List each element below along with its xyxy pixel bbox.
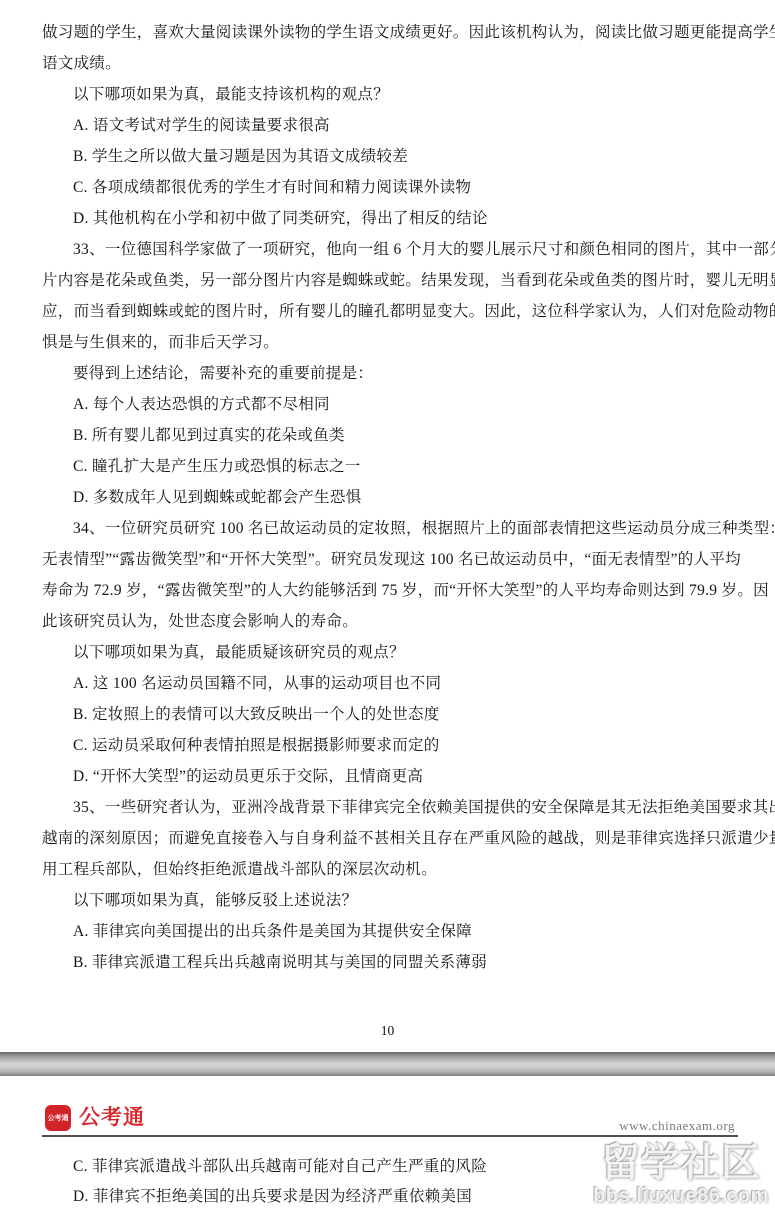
q32-paragraph-line: 做习题的学生，喜欢大量阅读课外读物的学生语文成绩更好。因此该机构认为，阅读比做习… xyxy=(42,17,733,48)
q33-paragraph-line: 惧是与生俱来的，而非后天学习。 xyxy=(42,327,733,358)
q35-option-c: C. 菲律宾派遣战斗部队出兵越南可能对自己产生严重的风险 xyxy=(42,1152,733,1182)
q32-stem: 以下哪项如果为真，最能支持该机构的观点？ xyxy=(42,79,733,110)
q33-paragraph-line: 33、一位德国科学家做了一项研究，他向一组 6 个月大的婴儿展示尺寸和颜色相同的… xyxy=(42,234,733,265)
gongkaotong-logo-wordmark: 公考通 xyxy=(79,1105,145,1131)
q34-option-a: A. 这 100 名运动员国籍不同，从事的运动项目也不同 xyxy=(42,668,733,699)
q35-stem: 以下哪项如果为真，能够反驳上述说法？ xyxy=(42,885,733,916)
q34-option-d: D. “开怀大笑型”的运动员更乐于交际，且情商更高 xyxy=(42,761,733,792)
q34-option-c: C. 运动员采取何种表情拍照是根据摄影师要求而定的 xyxy=(42,730,733,761)
q33-option-a: A. 每个人表达恐惧的方式都不尽相同 xyxy=(42,389,733,420)
page-break-separator xyxy=(0,1052,775,1076)
q32-paragraph-line: 语文成绩。 xyxy=(42,48,733,79)
q33-paragraph-line: 应，而当看到蜘蛛或蛇的图片时，所有婴儿的瞳孔都明显变大。因此，这位科学家认为，人… xyxy=(42,296,733,327)
gongkaotong-logo-icon: 公考通 xyxy=(45,1105,71,1131)
q33-option-c: C. 瞳孔扩大是产生压力或恐惧的标志之一 xyxy=(42,451,733,482)
q34-paragraph-line: 无表情型”“露齿微笑型”和“开怀大笑型”。研究员发现这 100 名已故运动员中，… xyxy=(42,544,733,575)
q35-option-d: D. 菲律宾不拒绝美国的出兵要求是因为经济严重依赖美国 xyxy=(42,1182,733,1212)
q34-stem: 以下哪项如果为真，最能质疑该研究员的观点？ xyxy=(42,637,733,668)
q35-paragraph-line: 用工程兵部队，但始终拒绝派遣战斗部队的深层次动机。 xyxy=(42,854,733,885)
q34-paragraph-line: 寿命为 72.9 岁，“露齿微笑型”的人大约能够活到 75 岁，而“开怀大笑型”… xyxy=(42,575,733,606)
gongkaotong-logo: 公考通 公考通 xyxy=(45,1104,145,1132)
q35-option-b: B. 菲律宾派遣工程兵出兵越南说明其与美国的同盟关系薄弱 xyxy=(42,947,733,978)
page-number: 10 xyxy=(0,1023,775,1039)
header-divider-line xyxy=(42,1135,738,1137)
q35-paragraph-line: 越南的深刻原因；而避免直接卷入与自身利益不甚相关且存在严重风险的越战，则是菲律宾… xyxy=(42,823,733,854)
q33-stem: 要得到上述结论，需要补充的重要前提是： xyxy=(42,358,733,389)
q33-paragraph-line: 片内容是花朵或鱼类，另一部分图片内容是蜘蛛或蛇。结果发现，当看到花朵或鱼类的图片… xyxy=(42,265,733,296)
q32-option-d: D. 其他机构在小学和初中做了同类研究，得出了相反的结论 xyxy=(42,203,733,234)
exam-document-page: 做习题的学生，喜欢大量阅读课外读物的学生语文成绩更好。因此该机构认为，阅读比做习… xyxy=(0,0,775,1218)
q35-option-a: A. 菲律宾向美国提出的出兵条件是美国为其提供安全保障 xyxy=(42,916,733,947)
q32-option-b: B. 学生之所以做大量习题是因为其语文成绩较差 xyxy=(42,141,733,172)
q34-paragraph-line: 34、一位研究员研究 100 名已故运动员的定妆照，根据照片上的面部表情把这些运… xyxy=(42,513,733,544)
q33-option-d: D. 多数成年人见到蜘蛛或蛇都会产生恐惧 xyxy=(42,482,733,513)
q32-option-c: C. 各项成绩都很优秀的学生才有时间和精力阅读课外读物 xyxy=(42,172,733,203)
q34-option-b: B. 定妆照上的表情可以大致反映出一个人的处世态度 xyxy=(42,699,733,730)
q34-paragraph-line: 此该研究员认为，处世态度会影响人的寿命。 xyxy=(42,606,733,637)
exam-body-text: 做习题的学生，喜欢大量阅读课外读物的学生语文成绩更好。因此该机构认为，阅读比做习… xyxy=(42,17,733,978)
website-url-text: www.chinaexam.org xyxy=(619,1118,735,1134)
q35-options-continued: C. 菲律宾派遣战斗部队出兵越南可能对自己产生严重的风险 D. 菲律宾不拒绝美国… xyxy=(42,1152,733,1212)
q33-option-b: B. 所有婴儿都见到过真实的花朵或鱼类 xyxy=(42,420,733,451)
q35-paragraph-line: 35、一些研究者认为，亚洲冷战背景下菲律宾完全依赖美国提供的安全保障是其无法拒绝… xyxy=(42,792,733,823)
q32-option-a: A. 语文考试对学生的阅读量要求很高 xyxy=(42,110,733,141)
